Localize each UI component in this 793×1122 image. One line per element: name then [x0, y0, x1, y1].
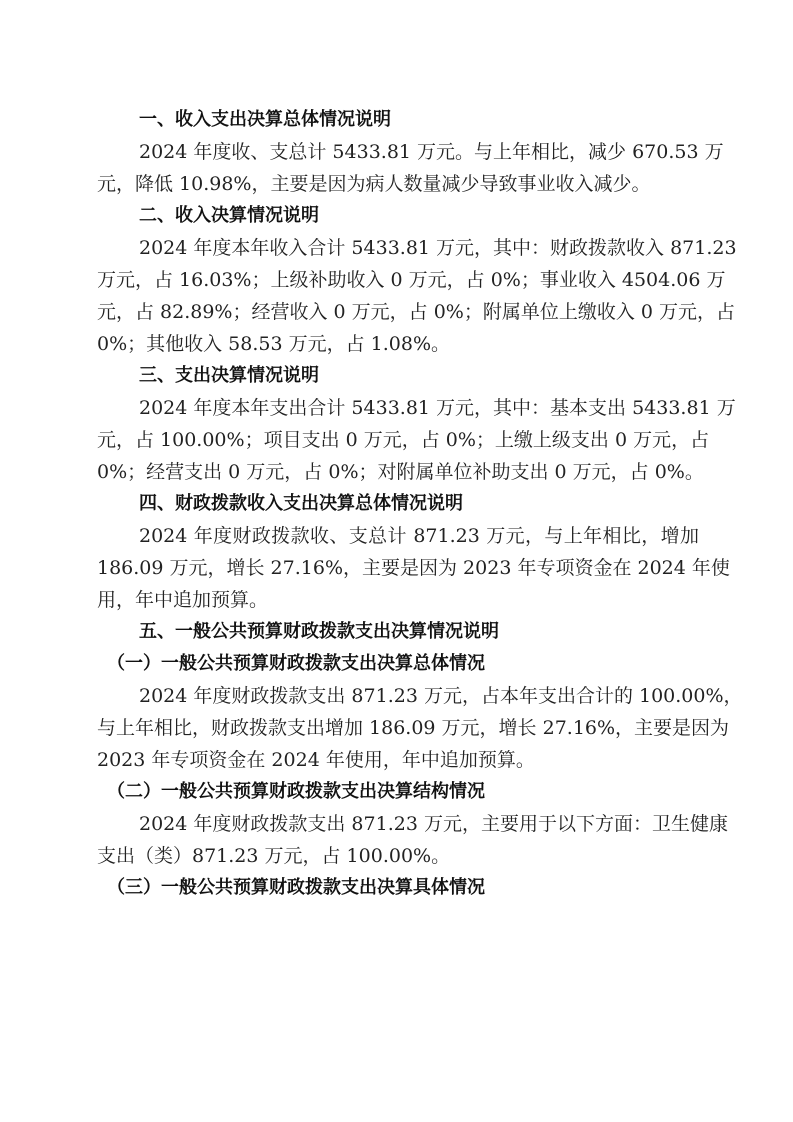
body-line: 元，占 82.89%；经营收入 0 万元，占 0%；附属单位上缴收入 0 万元，… [97, 296, 699, 328]
body-line: 0%；其他收入 58.53 万元，占 1.08%。 [97, 328, 699, 360]
body-line: 与上年相比，财政拨款支出增加 186.09 万元，增长 27.16%，主要是因为 [97, 712, 699, 744]
body-line: 2024 年度财政拨款支出 871.23 万元，占本年支出合计的 100.00%… [97, 680, 699, 712]
subsection-heading-5-3: （三）一般公共预算财政拨款支出决算具体情况 [97, 872, 699, 904]
body-line: 2024 年度本年收入合计 5433.81 万元，其中：财政拨款收入 871.2… [97, 232, 699, 264]
body-line: 用，年中追加预算。 [97, 584, 699, 616]
section-body-4: 2024 年度财政拨款收、支总计 871.23 万元，与上年相比，增加 186.… [97, 520, 699, 616]
section-heading-4: 四、财政拨款收入支出决算总体情况说明 [97, 488, 699, 520]
subsection-heading-5-2: （二）一般公共预算财政拨款支出决算结构情况 [97, 776, 699, 808]
subsection-body-5-2: 2024 年度财政拨款支出 871.23 万元，主要用于以下方面：卫生健康 支出… [97, 808, 699, 872]
section-heading-5: 五、一般公共预算财政拨款支出决算情况说明 [97, 616, 699, 648]
section-body-1: 2024 年度收、支总计 5433.81 万元。与上年相比，减少 670.53 … [97, 136, 699, 200]
body-line: 2023 年专项资金在 2024 年使用，年中追加预算。 [97, 744, 699, 776]
body-line: 元，占 100.00%；项目支出 0 万元，占 0%；上缴上级支出 0 万元，占 [97, 424, 699, 456]
body-line: 元，降低 10.98%，主要是因为病人数量减少导致事业收入减少。 [97, 168, 699, 200]
section-heading-2: 二、收入决算情况说明 [97, 200, 699, 232]
body-line: 186.09 万元，增长 27.16%，主要是因为 2023 年专项资金在 20… [97, 552, 699, 584]
subsection-heading-5-1: （一）一般公共预算财政拨款支出决算总体情况 [97, 648, 699, 680]
subsection-body-5-1: 2024 年度财政拨款支出 871.23 万元，占本年支出合计的 100.00%… [97, 680, 699, 776]
section-heading-1: 一、收入支出决算总体情况说明 [97, 104, 699, 136]
section-body-3: 2024 年度本年支出合计 5433.81 万元，其中：基本支出 5433.81… [97, 392, 699, 488]
body-line: 2024 年度财政拨款支出 871.23 万元，主要用于以下方面：卫生健康 [97, 808, 699, 840]
document-page: 一、收入支出决算总体情况说明 2024 年度收、支总计 5433.81 万元。与… [97, 104, 699, 904]
section-body-2: 2024 年度本年收入合计 5433.81 万元，其中：财政拨款收入 871.2… [97, 232, 699, 360]
body-line: 0%；经营支出 0 万元，占 0%；对附属单位补助支出 0 万元，占 0%。 [97, 456, 699, 488]
body-line: 2024 年度本年支出合计 5433.81 万元，其中：基本支出 5433.81… [97, 392, 699, 424]
body-line: 支出（类）871.23 万元，占 100.00%。 [97, 840, 699, 872]
body-line: 2024 年度财政拨款收、支总计 871.23 万元，与上年相比，增加 [97, 520, 699, 552]
body-line: 2024 年度收、支总计 5433.81 万元。与上年相比，减少 670.53 … [97, 136, 699, 168]
body-line: 万元，占 16.03%；上级补助收入 0 万元，占 0%；事业收入 4504.0… [97, 264, 699, 296]
section-heading-3: 三、支出决算情况说明 [97, 360, 699, 392]
